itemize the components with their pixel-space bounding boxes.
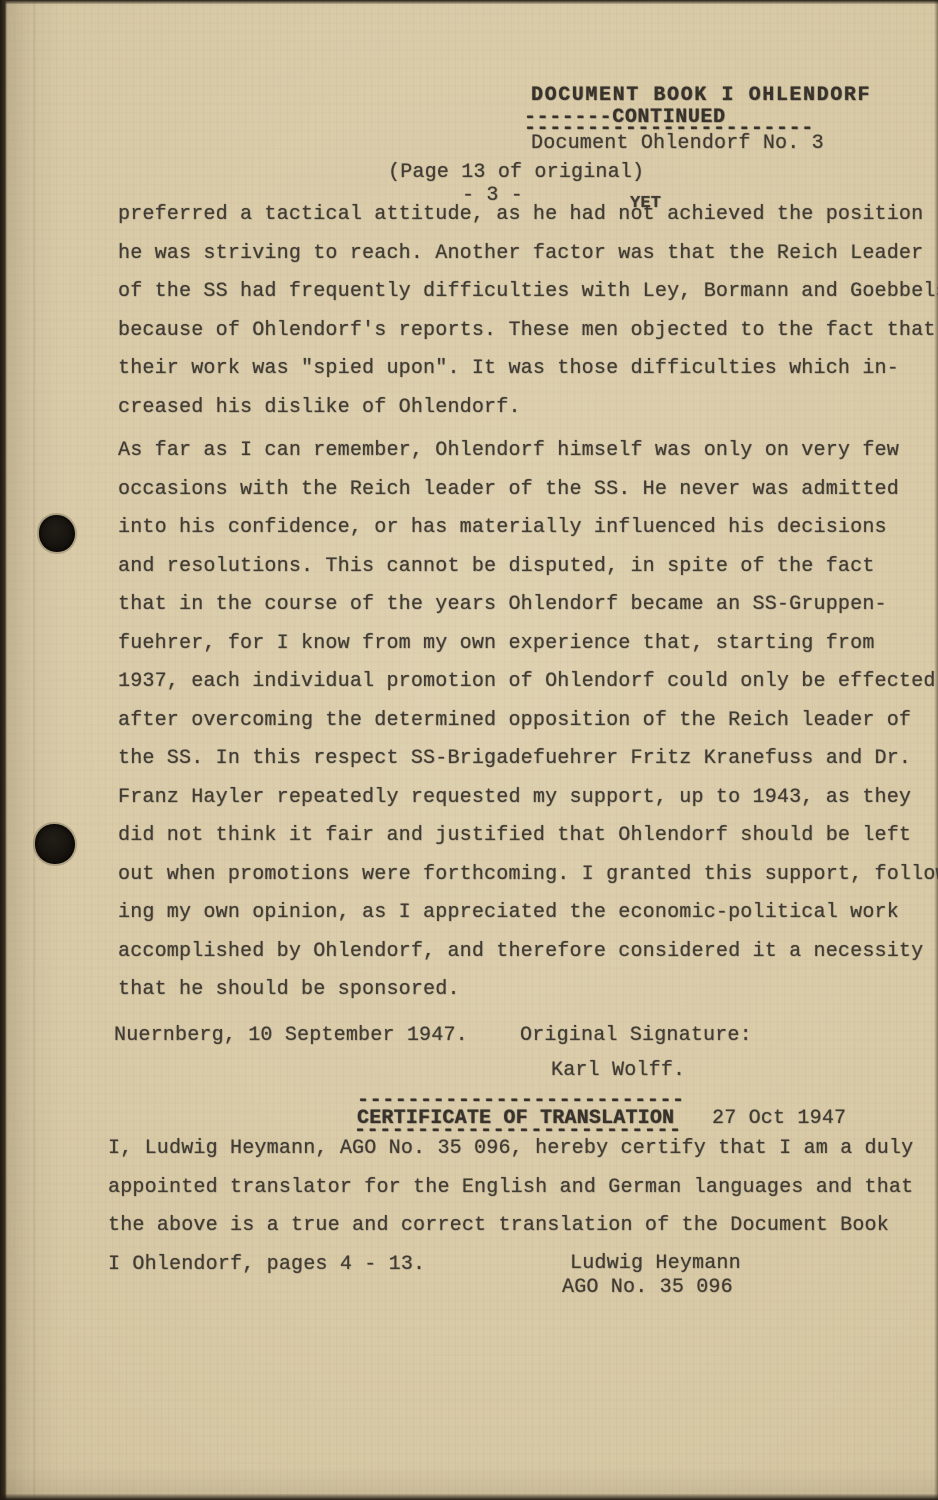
typed-line: that he should be sponsored. (118, 971, 938, 1010)
page-edge-bottom (0, 1494, 938, 1500)
typed-line: into his confidence, or has materially i… (118, 509, 938, 548)
original-signature-label: Original Signature: (520, 1026, 752, 1046)
typed-line: of the SS had frequently difficulties wi… (118, 273, 938, 312)
typed-line: preferred a tactical attitude, as he had… (118, 196, 938, 235)
scanned-document-page: DOCUMENT BOOK I OHLENDORF -------CONTINU… (0, 0, 938, 1500)
punch-hole-top (39, 515, 75, 552)
certificate-body: I, Ludwig Heymann, AGO No. 35 096, hereb… (108, 1130, 938, 1284)
document-book-title: DOCUMENT BOOK I OHLENDORF (531, 86, 871, 106)
typed-line: and resolutions. This cannot be disputed… (118, 548, 938, 587)
typed-line: did not think it fair and justified that… (118, 817, 938, 856)
typed-line: the above is a true and correct translat… (108, 1207, 938, 1246)
typed-line: occasions with the Reich leader of the S… (118, 471, 938, 510)
certificate-date: 27 Oct 1947 (712, 1109, 846, 1129)
typed-line: appointed translator for the English and… (108, 1169, 938, 1208)
paper-crease (33, 0, 35, 1500)
typed-line: 1937, each individual promotion of Ohlen… (118, 663, 938, 702)
signature-karl-wolff: Karl Wolff. (551, 1061, 685, 1081)
typed-line: Franz Hayler repeatedly requested my sup… (118, 779, 938, 818)
typed-line: out when promotions were forthcoming. I … (118, 856, 938, 895)
typed-line: that in the course of the years Ohlendor… (118, 586, 938, 625)
translator-ago-number: AGO No. 35 096 (562, 1278, 733, 1298)
typed-line: because of Ohlendorf's reports. These me… (118, 312, 938, 351)
typed-line: after overcoming the determined oppositi… (118, 702, 938, 741)
typed-line: he was striving to reach. Another factor… (118, 235, 938, 274)
typed-line: I Ohlendorf, pages 4 - 13. (108, 1246, 938, 1285)
typed-line: creased his dislike of Ohlendorf. (118, 389, 938, 428)
translator-signature-name: Ludwig Heymann (570, 1254, 741, 1274)
punch-hole-bottom (35, 824, 75, 864)
dateline-place-date: Nuernberg, 10 September 1947. (114, 1026, 468, 1046)
typed-line: I, Ludwig Heymann, AGO No. 35 096, hereb… (108, 1130, 938, 1169)
page-edge-left (0, 0, 7, 1500)
typed-line: accomplished by Ohlendorf, and therefore… (118, 933, 938, 972)
typed-line: fuehrer, for I know from my own experien… (118, 625, 938, 664)
typed-line: their work was "spied upon". It was thos… (118, 350, 938, 389)
paragraph-2: As far as I can remember, Ohlendorf hims… (118, 432, 938, 1010)
typed-line: ing my own opinion, as I appreciated the… (118, 894, 938, 933)
typed-line: As far as I can remember, Ohlendorf hims… (118, 432, 938, 471)
document-number: Document Ohlendorf No. 3 (531, 134, 824, 154)
typed-line: the SS. In this respect SS-Brigadefuehre… (118, 740, 938, 779)
paragraph-1: preferred a tactical attitude, as he had… (118, 196, 938, 427)
page-edge-top (0, 0, 938, 4)
page-reference: (Page 13 of original) (388, 163, 644, 183)
